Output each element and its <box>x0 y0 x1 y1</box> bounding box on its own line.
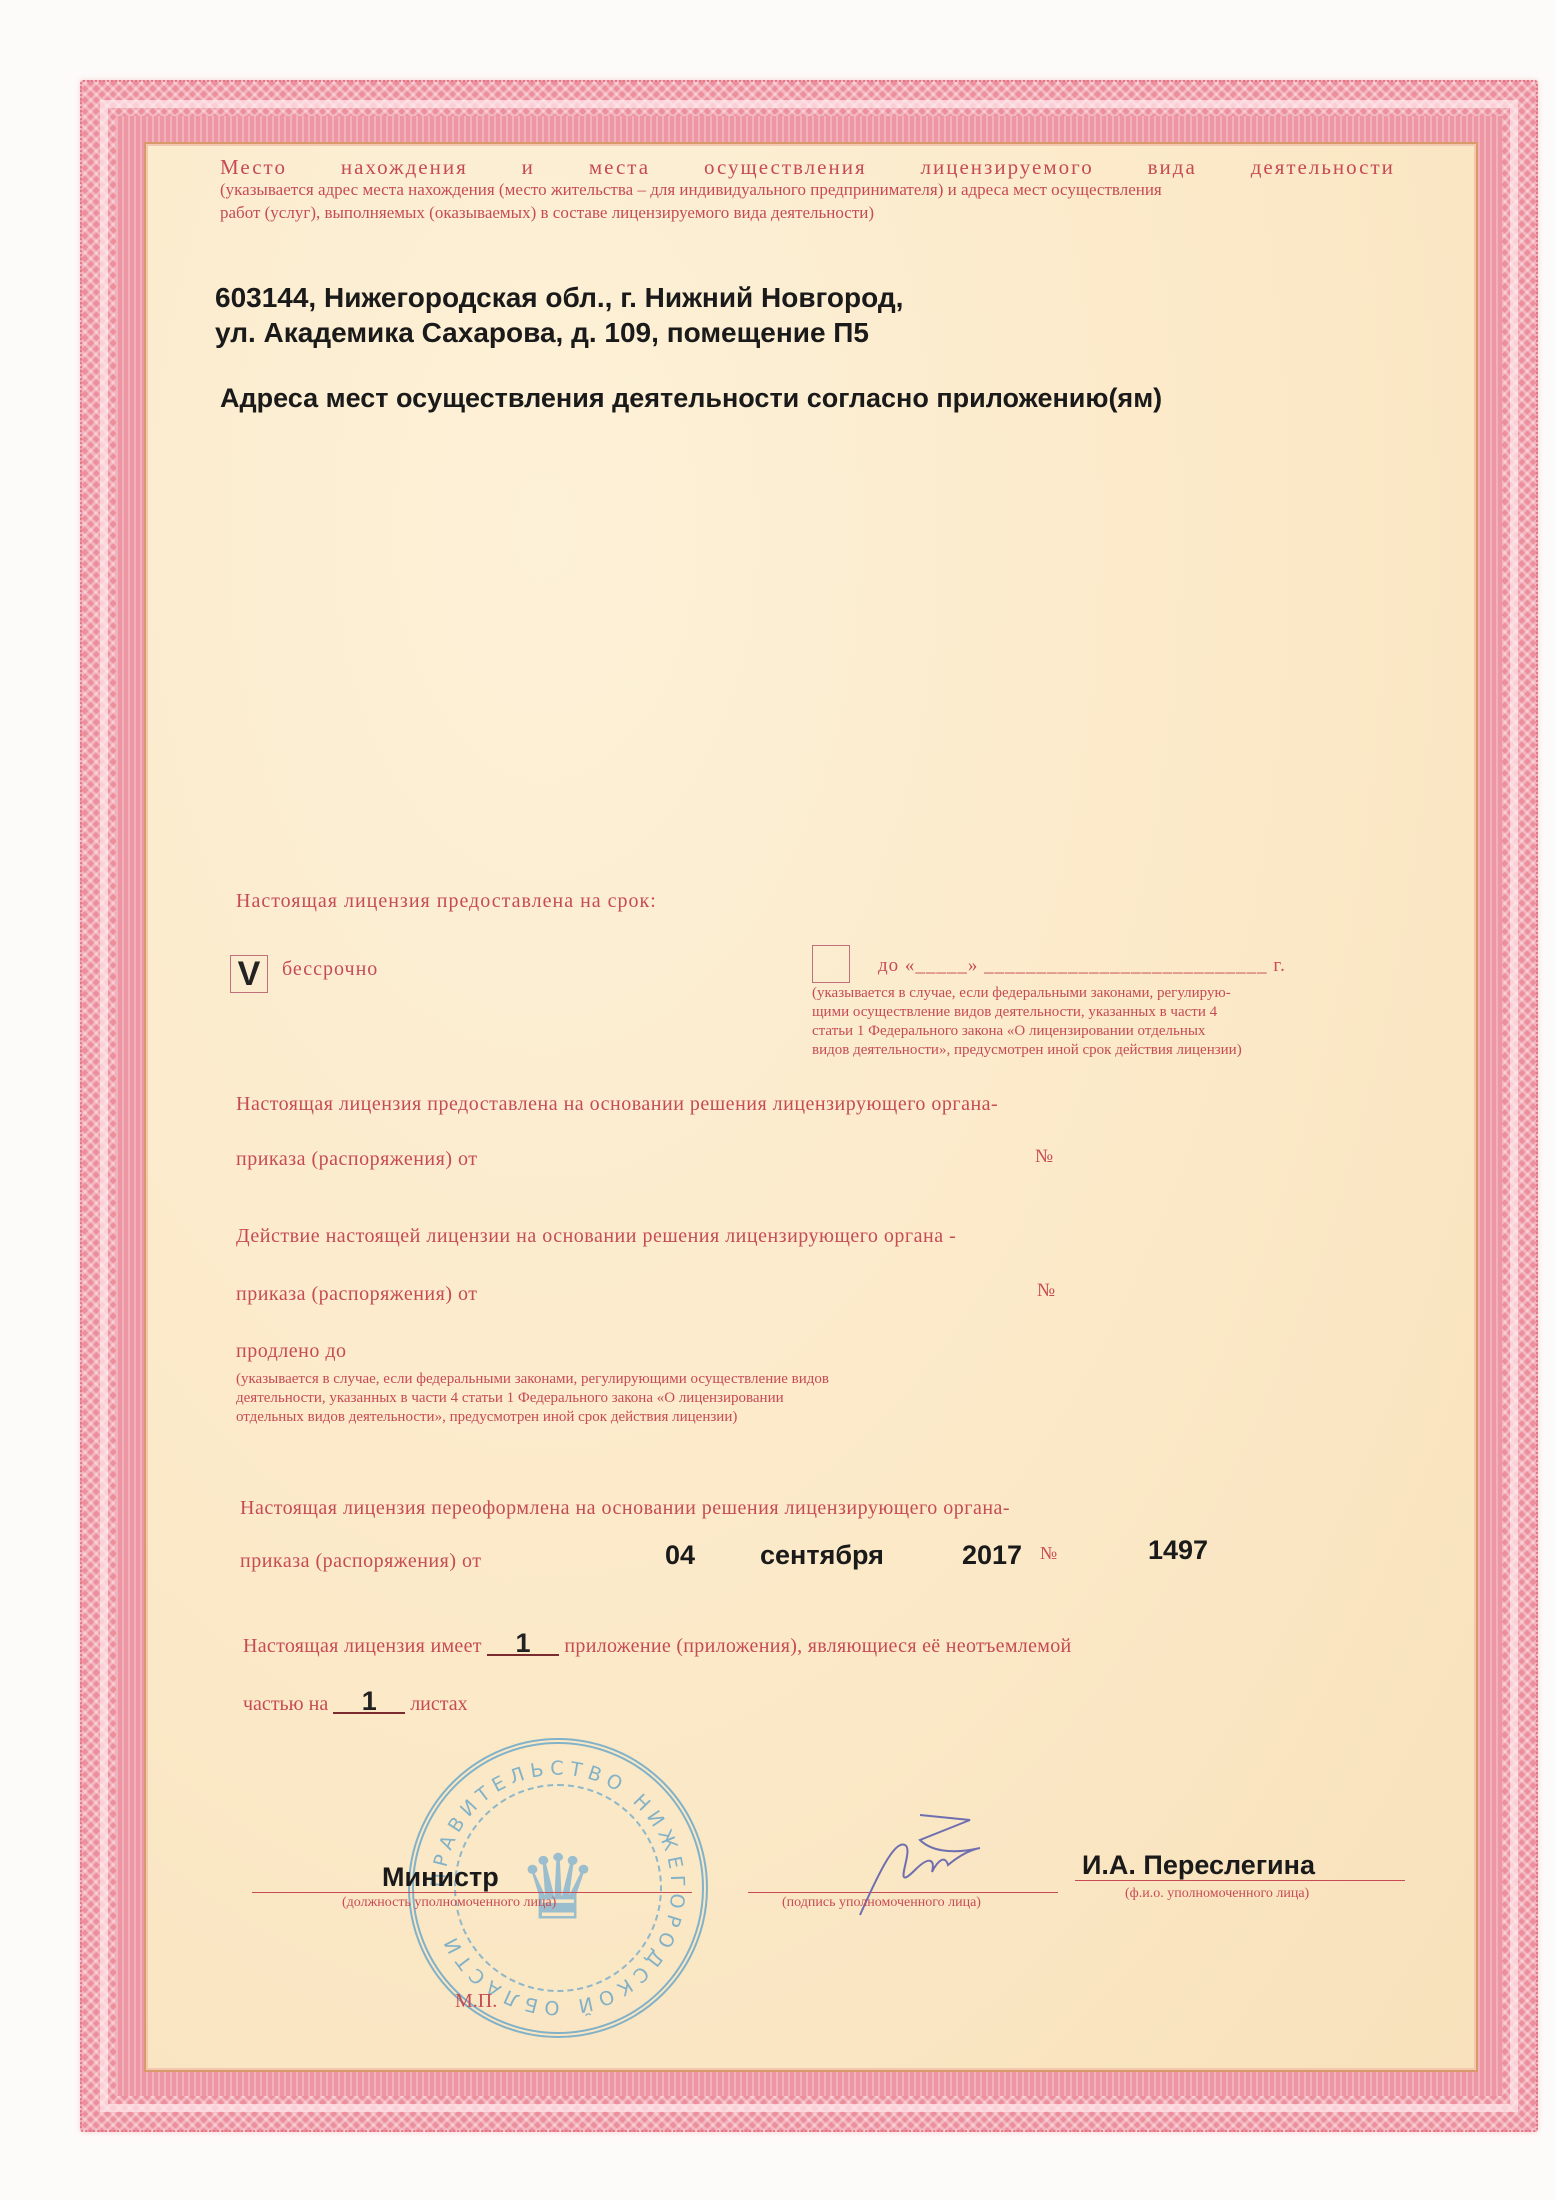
attachments-prefix: Настоящая лицензия имеет <box>243 1635 482 1657</box>
note-line: (указывается в случае, если федеральными… <box>812 984 1462 1003</box>
title-word: и <box>522 155 535 180</box>
title-word: Место <box>220 155 287 180</box>
sheets-suffix: листах <box>410 1693 467 1715</box>
position-caption: (должность уполномоченного лица) <box>342 1895 556 1911</box>
address-line2: ул. Академика Сахарова, д. 109, помещени… <box>215 317 869 349</box>
section-title: Местонахожденияиместаосуществлениялиценз… <box>220 155 1395 180</box>
signature-caption: (подпись уполномоченного лица) <box>782 1895 981 1911</box>
limited-term-date-field[interactable]: до «_____» ___________________________ г… <box>878 955 1286 977</box>
reissue-order-label: приказа (распоряжения) от <box>240 1550 481 1573</box>
title-word: лицензируемого <box>921 155 1094 180</box>
title-word: вида <box>1148 155 1197 180</box>
note-line: (указывается в случае, если федеральными… <box>236 1370 829 1389</box>
unlimited-label: бессрочно <box>282 958 378 981</box>
attachments-count: 1 <box>487 1632 559 1656</box>
extension-order-label: приказа (распоряжения) от <box>236 1283 477 1306</box>
sheets-prefix: частью на <box>243 1693 328 1715</box>
reissue-day: 04 <box>665 1540 695 1571</box>
address-line1: 603144, Нижегородская обл., г. Нижний Но… <box>215 282 903 314</box>
title-word: деятельности <box>1251 155 1395 180</box>
note-line: отдельных видов деятельности», предусмот… <box>236 1408 829 1427</box>
limited-term-note: (указывается в случае, если федеральными… <box>812 984 1462 1060</box>
title-word: места <box>589 155 650 180</box>
term-label: Настоящая лицензия предоставлена на срок… <box>236 890 657 913</box>
attachments-line: Настоящая лицензия имеет 1 приложение (п… <box>243 1632 1072 1658</box>
sheets-count: 1 <box>333 1690 405 1714</box>
section-subtitle-line1: (указывается адрес места нахождения (мес… <box>220 180 1162 200</box>
note-line: видов деятельности», предусмотрен иной с… <box>812 1041 1462 1060</box>
unlimited-checkbox[interactable]: V <box>230 955 268 993</box>
official-name: И.А. Переслегина <box>1082 1850 1315 1881</box>
basis-label: Настоящая лицензия предоставлена на осно… <box>236 1093 998 1116</box>
note-line: статьи 1 Федерального закона «О лицензир… <box>812 1022 1462 1041</box>
reissue-order-number: 1497 <box>1148 1535 1208 1566</box>
limited-term-checkbox[interactable] <box>812 945 850 983</box>
extension-number-sign: № <box>1037 1280 1055 1302</box>
basis-number-sign: № <box>1035 1146 1053 1168</box>
reissue-label: Настоящая лицензия переоформлена на осно… <box>240 1497 1010 1520</box>
title-word: нахождения <box>341 155 468 180</box>
activity-places: Адреса мест осуществления деятельности с… <box>220 383 1162 414</box>
reissue-number-sign: № <box>1040 1543 1057 1564</box>
official-position: Министр <box>382 1862 499 1893</box>
title-word: осуществления <box>704 155 867 180</box>
seal-place-label: М.П. <box>455 1990 497 2013</box>
attachments-suffix: приложение (приложения), являющиеся её н… <box>564 1635 1071 1657</box>
name-caption: (ф.и.о. уполномоченного лица) <box>1125 1886 1309 1902</box>
sheets-line: частью на 1 листах <box>243 1690 468 1716</box>
note-line: щими осуществление видов деятельности, у… <box>812 1003 1462 1022</box>
extension-note: (указывается в случае, если федеральными… <box>236 1370 829 1427</box>
extended-until-label: продлено до <box>236 1340 347 1363</box>
double-headed-eagle-icon: ♛ <box>518 1836 599 1941</box>
reissue-month: сентября <box>760 1540 884 1571</box>
check-v-icon: V <box>231 956 267 992</box>
basis-order-label: приказа (распоряжения) от <box>236 1148 477 1171</box>
section-subtitle-line2: работ (услуг), выполняемых (оказываемых)… <box>220 203 874 223</box>
note-line: деятельности, указанных в части 4 статьи… <box>236 1389 829 1408</box>
extension-label: Действие настоящей лицензии на основании… <box>236 1225 956 1248</box>
reissue-year: 2017 <box>962 1540 1022 1571</box>
